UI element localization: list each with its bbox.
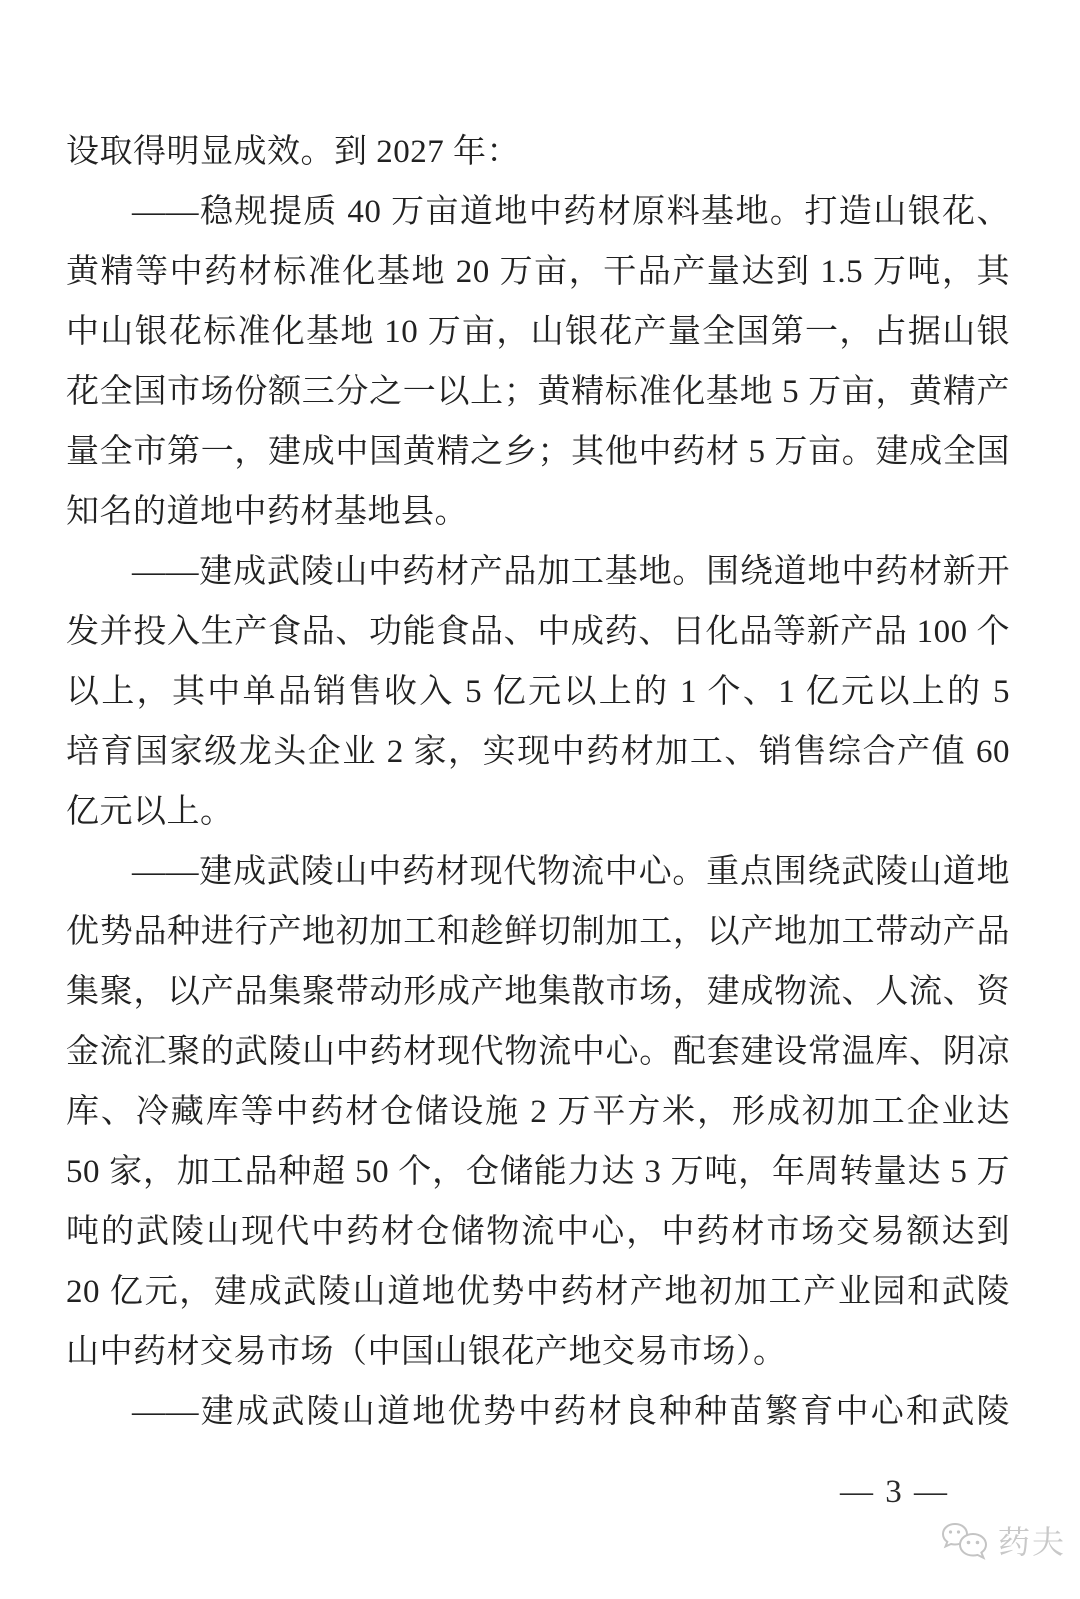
body-text: 设取得明显成效。到 2027 年：——稳规提质 40 万亩道地中药材原料基地。打… <box>66 122 1010 1442</box>
text-line: ——建成武陵山道地优势中药材良种种苗繁育中心和武陵 <box>66 1382 1010 1442</box>
text-line: 以上，其中单品销售收入 5 亿元以上的 1 个、1 亿元以上的 5 个， <box>66 662 1010 722</box>
text-line: 库、冷藏库等中药材仓储设施 2 万平方米，形成初加工企业达 <box>66 1082 1010 1142</box>
text-line: ——建成武陵山中药材产品加工基地。围绕道地中药材新开 <box>66 542 1010 602</box>
text-line: 山中药材交易市场（中国山银花产地交易市场）。 <box>66 1322 1010 1382</box>
text-line: 50 家，加工品种超 50 个，仓储能力达 3 万吨，年周转量达 5 万 <box>66 1142 1010 1202</box>
text-line: 20 亿元，建成武陵山道地优势中药材产地初加工产业园和武陵 <box>66 1262 1010 1322</box>
text-line: 花全国市场份额三分之一以上；黄精标准化基地 5 万亩，黄精产 <box>66 362 1010 422</box>
text-line: 中山银花标准化基地 10 万亩，山银花产量全国第一，占据山银 <box>66 302 1010 362</box>
text-line: ——稳规提质 40 万亩道地中药材原料基地。打造山银花、 <box>66 182 1010 242</box>
text-line: 金流汇聚的武陵山中药材现代物流中心。配套建设常温库、阴凉 <box>66 1022 1010 1082</box>
text-line: 吨的武陵山现代中药材仓储物流中心，中药材市场交易额达到 <box>66 1202 1010 1262</box>
text-line: ——建成武陵山中药材现代物流中心。重点围绕武陵山道地 <box>66 842 1010 902</box>
document-page: 设取得明显成效。到 2027 年：——稳规提质 40 万亩道地中药材原料基地。打… <box>0 0 1080 1599</box>
text-line: 量全市第一，建成中国黄精之乡；其他中药材 5 万亩。建成全国 <box>66 422 1010 482</box>
text-line: 黄精等中药材标准化基地 20 万亩，干品产量达到 1.5 万吨，其 <box>66 242 1010 302</box>
text-line: 发并投入生产食品、功能食品、中成药、日化品等新产品 100 个 <box>66 602 1010 662</box>
chat-bubbles-icon <box>940 1521 990 1563</box>
text-line: 知名的道地中药材基地县。 <box>66 482 1010 542</box>
text-line: 亿元以上。 <box>66 782 1010 842</box>
text-line: 设取得明显成效。到 2027 年： <box>66 122 1010 182</box>
text-line: 培育国家级龙头企业 2 家，实现中药材加工、销售综合产值 60 <box>66 722 1010 782</box>
text-line: 优势品种进行产地初加工和趁鲜切制加工，以产地加工带动产品 <box>66 902 1010 962</box>
watermark-label: 药夫 <box>998 1520 1066 1564</box>
watermark: 药夫 <box>940 1520 1066 1564</box>
text-line: 集聚，以产品集聚带动形成产地集散市场，建成物流、人流、资 <box>66 962 1010 1022</box>
page-number: — 3 — <box>840 1472 949 1512</box>
